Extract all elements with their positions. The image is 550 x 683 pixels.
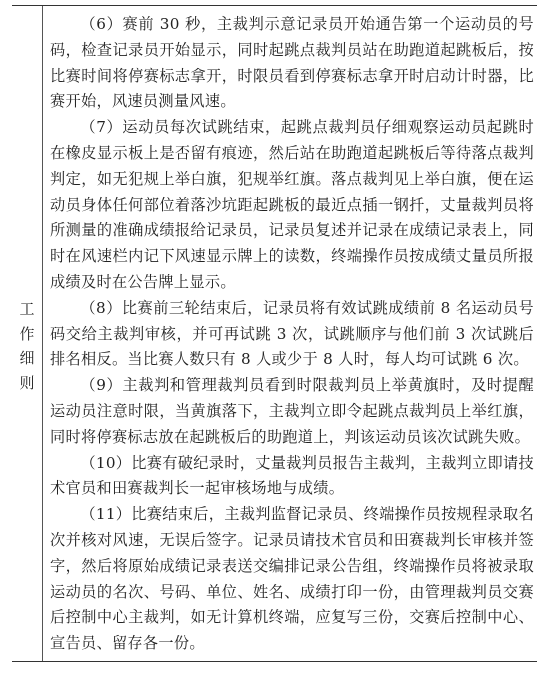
column-divider: [42, 6, 43, 661]
rules-content-cell: （6）赛前 30 秒，主裁判示意记录员开始通告第一个运动员的号码，检查记录员开始…: [50, 12, 534, 657]
label-char: 作: [17, 322, 37, 347]
rule-paragraph-7: （7）运动员每次试跳结束，起跳点裁判员仔细观察运动员起跳时在橡皮显示板上是否留有…: [50, 115, 534, 296]
label-char: 则: [17, 371, 37, 396]
label-char: 工: [17, 297, 37, 322]
rule-paragraph-11: （11）比赛结束后，主裁判监督记录员、终端操作员按规程录取名次并核对风速，无误后…: [50, 502, 534, 657]
label-char: 细: [17, 346, 37, 371]
rule-paragraph-8: （8）比赛前三轮结束后，记录员将有效试跳成绩前 8 名运动员号码交给主裁判审核，…: [50, 296, 534, 373]
row-label-cell: 工 作 细 则: [12, 6, 42, 661]
row-label-work-rules: 工 作 细 则: [17, 297, 37, 395]
rule-paragraph-6: （6）赛前 30 秒，主裁判示意记录员开始通告第一个运动员的号码，检查记录员开始…: [50, 12, 534, 115]
rules-table: 工 作 细 则 （6）赛前 30 秒，主裁判示意记录员开始通告第一个运动员的号码…: [12, 5, 537, 662]
rule-paragraph-10: （10）比赛有破纪录时，丈量裁判员报告主裁判，主裁判立即请技术官员和田赛裁判长一…: [50, 451, 534, 503]
rule-paragraph-9: （9）主裁判和管理裁判员看到时限裁判员上举黄旗时，及时提醒运动员注意时限，当黄旗…: [50, 373, 534, 450]
